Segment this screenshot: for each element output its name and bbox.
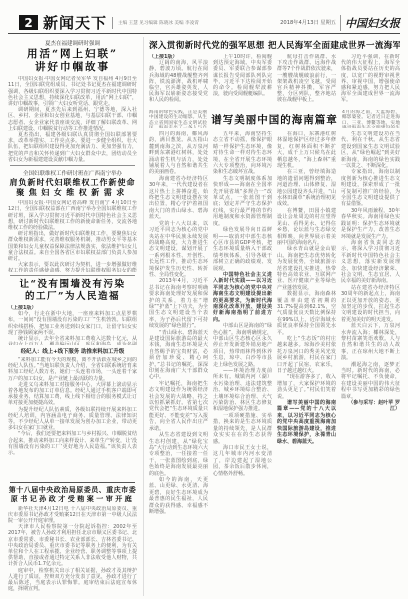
- page-content: 夏杰在福建调研时强调 用活“网上妇联” 讲好巾帼故事 中国妇女报·中国女网记者吴…: [8, 37, 400, 596]
- article-separator: [10, 275, 135, 276]
- article-sunzhengcai: 第十八届中央政治局原委员、重庆市委 原书记孙政才受贿案一审开庭 新华社天津4月1…: [8, 486, 137, 592]
- article-headline: 谱写美丽中国的海南篇章: [211, 112, 338, 127]
- headline-line-1: 让“没有围墙没有污染: [8, 279, 137, 291]
- headline-line-1: 肩负新时代妇联维权工作新使命: [8, 178, 137, 188]
- band-left-text: 海南的绿色实践，正是美丽中国建设的生动缩影。从生态立省到国家生态文明试验区，海南…: [149, 110, 207, 128]
- masthead: 中国妇女报: [340, 15, 400, 31]
- body-column-2: 五年来，海南坚持生态立省不动摇，像保护眼睛一样保护生态环境，像对待生命一样对待生…: [213, 131, 272, 587]
- article-hainan: 海南的绿色实践，正是美丽中国建设的生动缩影。从生态立省到国家生态文明试验区，海南…: [149, 109, 400, 587]
- article-kicker: 夏杰在福建调研时强调: [8, 39, 137, 47]
- hainan-headline-band: 海南的绿色实践，正是美丽中国建设的生动缩影。从生态立省到国家生态文明试验区，海南…: [149, 109, 400, 129]
- article-body: 中国妇女报·中国女网记者高峰 发自南宁 4月10日至12日，全国妇联权益部在广西…: [8, 200, 137, 272]
- header-right: 2018年4月13日 星期五 中国妇女报: [280, 15, 400, 31]
- headline-line-2: 讲好巾帼故事: [8, 61, 137, 74]
- article-separator: [10, 165, 135, 166]
- headline-line-1: 用活“网上妇联”: [8, 48, 137, 61]
- article-body: （上接1版）如今，行走在浙中大地，一座座来料加工点星罗棋布，一间间“没有围墙没有…: [8, 305, 137, 345]
- issue-date: 2018年4月13日 星期五: [280, 19, 336, 26]
- article-body: “来料加工能有今天的规模，离不开活跃在城乡之间的经纪人队伍。”当地妇联负责人介绍…: [8, 357, 137, 479]
- headline-line-2: 聚焦妇女维权新需求: [8, 188, 137, 198]
- right-region: 深入贯彻新时代党的强军思想 把人民海军全面建成世界一流海军 （上接1版）辽阔的南…: [143, 37, 400, 596]
- article-body: 中国妇女报·中国女网记者吴军华 发自福州 4月9日至11日，全国妇联党组成员、书…: [8, 76, 137, 162]
- left-column: 夏杰在福建调研时强调 用活“网上妇联” 讲好巾帼故事 中国妇女报·中国女网记者吴…: [8, 37, 137, 596]
- article-body: （上接1版）辽阔的南海，风平浪静，碧波万顷。航行在阅兵海域的48艘战舰整齐列阵，…: [149, 54, 400, 106]
- article-headline: 第十八届中央政治局原委员、重庆市委 原书记孙政才受贿案一审开庭: [8, 486, 137, 504]
- article-gongchang: 让“没有围墙没有污染 的工厂”为人民造福 （上接1版）如今，行走在浙中大地，一座…: [8, 279, 137, 479]
- article-headline: 肩负新时代妇联维权工作新使命 聚焦妇女维权新需求: [8, 178, 137, 198]
- body-column-1: 四月的海南，椰风海韵，满目葱茏。从五指山麓到南海之滨，从万泉河畔到东寨港红树林，…: [149, 131, 208, 587]
- article-separator: [10, 482, 135, 483]
- newspaper-page: 2 新闻天下 主编 王慧 见习编辑 陈晓冰 美编 李凌霄 2018年4月13日 …: [0, 0, 408, 599]
- article-navy: 深入贯彻新时代党的强军思想 把人民海军全面建成世界一流海军 （上接1版）辽阔的南…: [149, 39, 400, 106]
- header-divider: [112, 17, 113, 29]
- article-kicker: 全国妇联维权工作研讨班在广西南宁举办: [8, 169, 137, 177]
- article-headline: 深入贯彻新时代党的强军思想 把人民海军全面建成世界一流海军: [149, 39, 400, 51]
- section-title: 新闻天下: [43, 12, 107, 33]
- article-body: 新华社天津4月12日电 十八届中央政治局原委员、重庆市委原书记孙政才受贿案12日…: [8, 506, 137, 592]
- body-column-3: 在海口，东寨港红树林湿地保护区经过多年修复，红树林面积不断扩大，成千上万只候鸟在…: [277, 131, 336, 587]
- band-right-text: 4月的海之南，天蓝海碧，椰影婆娑。记者近日走进海口、三亚、博鳌等地，实地感受海南…: [342, 110, 400, 128]
- headline-line-2: 原书记孙政才受贿案一审开庭: [8, 495, 137, 504]
- article-fujian: 夏杰在福建调研时强调 用活“网上妇联” 讲好巾帼故事 中国妇女报·中国女网记者吴…: [8, 39, 137, 162]
- body-column-4: 生态文明建设功在当代、利在千秋。从生态省建设到国家生态文明试验区，从“绿色崛起”…: [341, 131, 400, 587]
- headline-line-2: 的工厂”为人民造福: [8, 291, 137, 303]
- article-headline: 用活“网上妇联” 讲好巾帼故事: [8, 48, 137, 74]
- page-number: 2: [19, 15, 38, 30]
- article-headline: 让“没有围墙没有污染 的工厂”为人民造福: [8, 279, 137, 303]
- article-body: 四月的海南，椰风海韵，满目葱茏。从五指山麓到南海之滨，从万泉河畔到东寨港红树林，…: [149, 131, 400, 587]
- page-header: 2 新闻天下 主编 王慧 见习编辑 陈晓冰 美编 李凌霄 2018年4月13日 …: [8, 13, 400, 32]
- headline-line-1: 第十八届中央政治局原委员、重庆市委: [8, 486, 137, 495]
- header-rule: [8, 33, 400, 34]
- editors-line: 主编 王慧 见习编辑 陈晓冰 美编 李凌霄: [118, 20, 199, 26]
- article-subhead: 经纪人：线上+线下服务 助推来料加工升级: [8, 347, 137, 355]
- article-weiquan: 全国妇联维权工作研讨班在广西南宁举办 肩负新时代妇联维权工作新使命 聚焦妇女维权…: [8, 169, 137, 272]
